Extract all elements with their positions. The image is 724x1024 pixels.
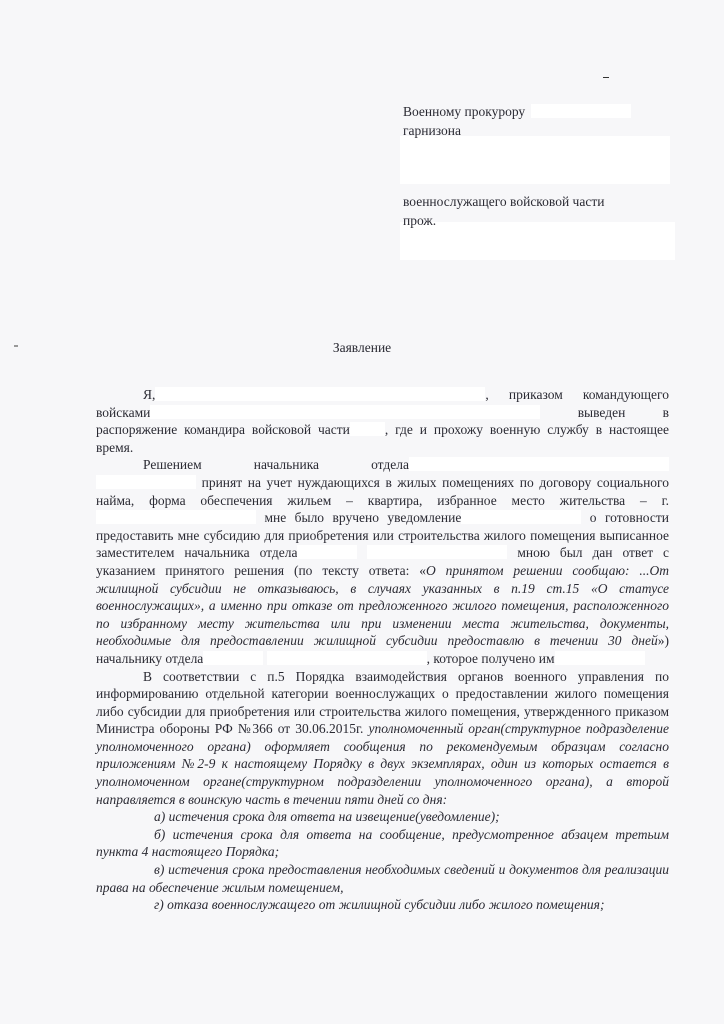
redacted-field [555, 651, 645, 665]
list-item-v: в) истечения срока предоставления необхо… [96, 861, 669, 896]
redacted-field [203, 651, 263, 665]
redacted-field [297, 545, 357, 559]
redacted-field [409, 457, 669, 471]
scan-speck [14, 345, 18, 347]
document-body: Я,, приказом командующего войсками вывед… [96, 386, 669, 914]
redacted-field [367, 545, 507, 559]
paragraph-1: Я,, приказом командующего войсками вывед… [96, 386, 669, 456]
redacted-field [531, 104, 631, 118]
list-item-a: а) истечения срока для ответа на извещен… [96, 808, 669, 826]
redacted-field [96, 510, 256, 524]
document-title: Заявление [0, 340, 724, 356]
addressee-line: военнослужащего войсковой части [403, 192, 673, 211]
text: отдела [260, 545, 298, 560]
list-item-b: б) истечения срока для ответа на сообщен… [96, 826, 669, 861]
redacted-field [461, 510, 581, 524]
text: , приказом командующего [485, 387, 669, 402]
redacted-field [150, 405, 540, 419]
addressee-line: гарнизона [403, 121, 673, 140]
redacted-field [96, 475, 196, 489]
addressee-line: Военному прокурору [403, 102, 673, 121]
list-item-g: г) отказа военнослужащего от жилищной су… [96, 896, 669, 914]
scanned-page: Военному прокурору гарнизона военнослужа… [0, 0, 724, 1024]
text: Решением начальника отдела [143, 457, 409, 472]
text: Я, [143, 387, 155, 402]
addressee-line: прож. [403, 211, 673, 230]
redacted-field [267, 651, 427, 665]
text: распоряжение командира войсковой части [96, 422, 350, 437]
redacted-field [350, 422, 385, 436]
paragraph-3: В соответствии с п.5 Порядка взаимодейст… [96, 668, 669, 809]
text: войсками [96, 405, 150, 420]
text: выведен в [578, 405, 669, 420]
scan-speck [603, 77, 609, 78]
paragraph-2: Решением начальника отдела принят на уче… [96, 456, 669, 667]
addressee-prosecutor: Военному прокурору [403, 104, 525, 119]
addressee-block: Военному прокурору гарнизона военнослужа… [403, 102, 673, 230]
redacted-field [155, 387, 485, 401]
text: мне было вручено уведомление [264, 510, 461, 525]
text: , которое получено им [427, 651, 555, 666]
